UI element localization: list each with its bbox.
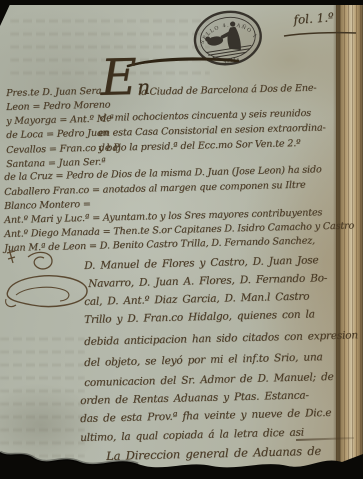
manuscript-line: Blanco Montero = — [4, 199, 91, 212]
folio-underline-stroke — [283, 32, 357, 37]
scan-top-border — [0, 0, 363, 5]
book-page-edges — [336, 0, 363, 479]
margin-rubric-flourish — [2, 243, 94, 313]
folio-number: fol. 1.º — [293, 10, 334, 27]
manuscript-scan: fol. 1.º SELLO 4.º AÑO 1835 40 M.s En Pr… — [0, 0, 363, 479]
initial-capital: E — [100, 48, 138, 107]
page-edge-crease — [333, 0, 340, 479]
margin-attendee: Pres.te D. Juan Sera — [6, 86, 102, 99]
page-bottom-torn-edge — [0, 440, 363, 479]
